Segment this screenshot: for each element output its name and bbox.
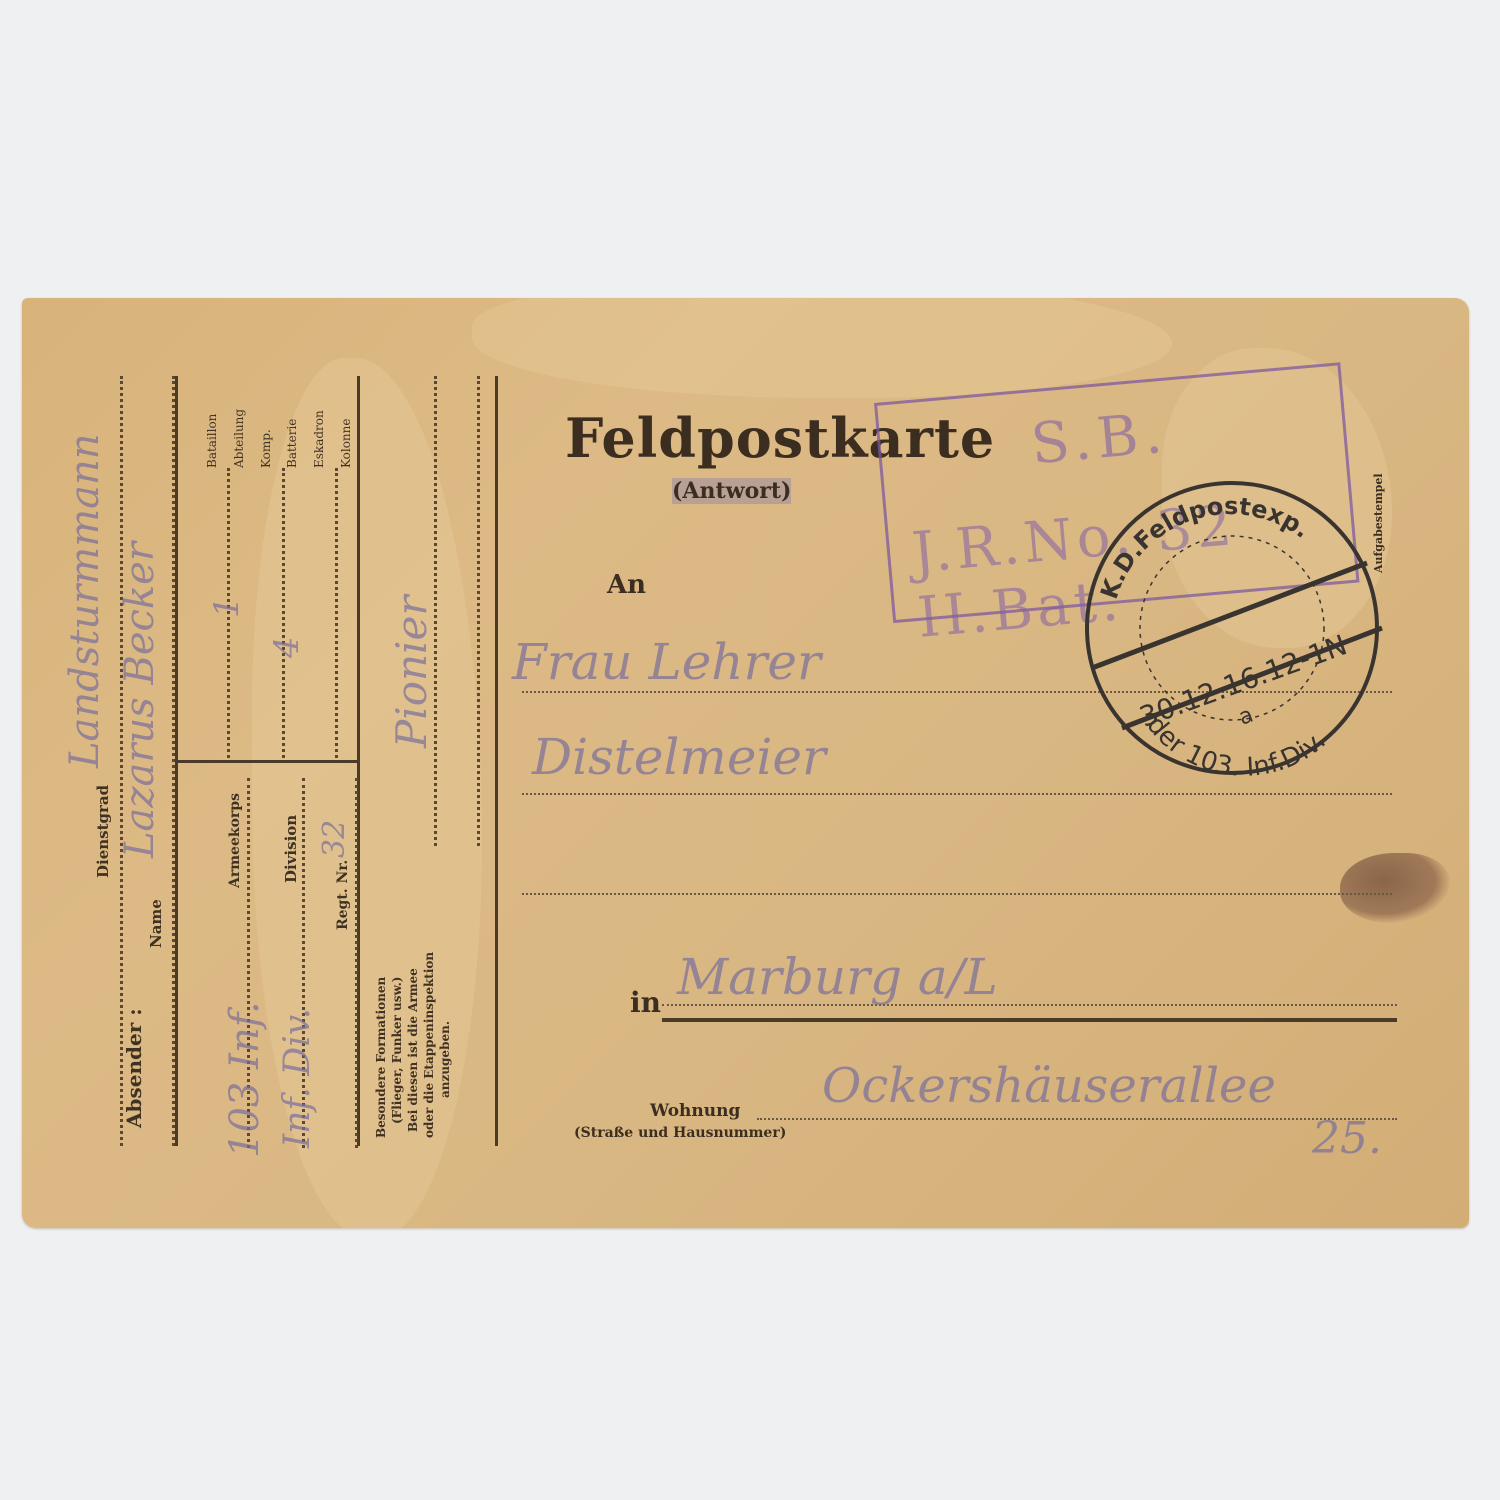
handwritten-house-number: 25.: [1312, 1113, 1382, 1164]
brown-spot: [1340, 853, 1450, 923]
address-dotted-line: [757, 1118, 1397, 1120]
dotted-line: [335, 468, 338, 758]
wohnung-sublabel: (Straße und Hausnummer): [574, 1125, 786, 1141]
handwritten-division-line: Inf. Div.: [277, 1008, 318, 1148]
postmark-stamp: K.D.Feldpostexp. 30.12.16.12-1N a der 10…: [1067, 463, 1387, 783]
special-note-line: anzugeben.: [438, 1021, 452, 1098]
dotted-line: [355, 778, 358, 1148]
address-underline: [662, 1018, 1397, 1022]
handwritten-rank: Landsturmmann: [62, 434, 108, 769]
special-note-line: oder die Etappeninspektion: [422, 952, 436, 1138]
wohnung-label: Wohnung: [650, 1101, 740, 1121]
handwritten-formation: Pionier: [387, 596, 436, 748]
postmark-bottom-text: der 103. Inf.Div.: [1140, 710, 1331, 782]
handwritten-kompanie: 4: [267, 636, 307, 658]
handwritten-bataillon: 1: [207, 596, 247, 618]
divider-line: [495, 376, 498, 1146]
feldpostkarte-card: Absender : Dienstgrad Name Bataillon Abt…: [22, 298, 1469, 1228]
handwritten-recipient-line1: Frau Lehrer: [512, 633, 821, 691]
postmark-top-text: K.D.Feldpostexp.: [1095, 492, 1315, 603]
special-note-line: Bei diesen ist die Armee: [406, 968, 420, 1132]
aufgabestempel-label: Aufgabestempel: [1372, 473, 1385, 573]
water-stain: [472, 298, 1172, 398]
in-label: in: [630, 986, 661, 1019]
batterie-label: Batterie: [285, 419, 299, 468]
address-dotted-line: [522, 793, 1392, 795]
division-label: Division: [282, 815, 300, 883]
address-dotted-line: [522, 893, 1392, 895]
to-label: An: [607, 570, 646, 600]
svg-text:der 103. Inf.Div.: der 103. Inf.Div.: [1140, 710, 1331, 782]
handwritten-regiment: 32: [317, 820, 352, 858]
dotted-line: [282, 468, 285, 758]
name-label: Name: [147, 899, 165, 948]
handwritten-street: Ockershäuserallee: [822, 1058, 1276, 1114]
armeekorps-label: Armeekorps: [227, 793, 243, 888]
kolonne-label: Kolonne: [339, 419, 353, 469]
handwritten-city: Marburg a/L: [677, 948, 998, 1006]
bataillon-label: Bataillon: [205, 414, 219, 468]
card-subtitle: (Antwort): [672, 478, 791, 504]
dotted-line: [172, 376, 175, 1146]
handwritten-name: Lazarus Becker: [117, 542, 163, 858]
abteilung-label: Abteilung: [232, 409, 246, 468]
komp-label: Komp.: [259, 429, 273, 468]
eskadron-label: Eskadron: [312, 410, 326, 468]
divider-line: [175, 760, 360, 763]
special-note-line: Besondere Formationen: [374, 977, 388, 1138]
dotted-line: [477, 376, 480, 846]
rank-label: Dienstgrad: [94, 785, 112, 878]
handwritten-recipient-line2: Distelmeier: [532, 728, 826, 786]
handwritten-division: 103 Inf.: [222, 1001, 268, 1158]
special-note-line: (Flieger, Funker usw.): [390, 977, 404, 1124]
svg-text:K.D.Feldpostexp.: K.D.Feldpostexp.: [1095, 492, 1315, 603]
postmark-letter: a: [1236, 703, 1257, 731]
absender-label: Absender :: [122, 1008, 146, 1128]
regiment-label: Regt. Nr.: [335, 860, 351, 930]
subtitle-text: (Antwort): [672, 478, 791, 504]
